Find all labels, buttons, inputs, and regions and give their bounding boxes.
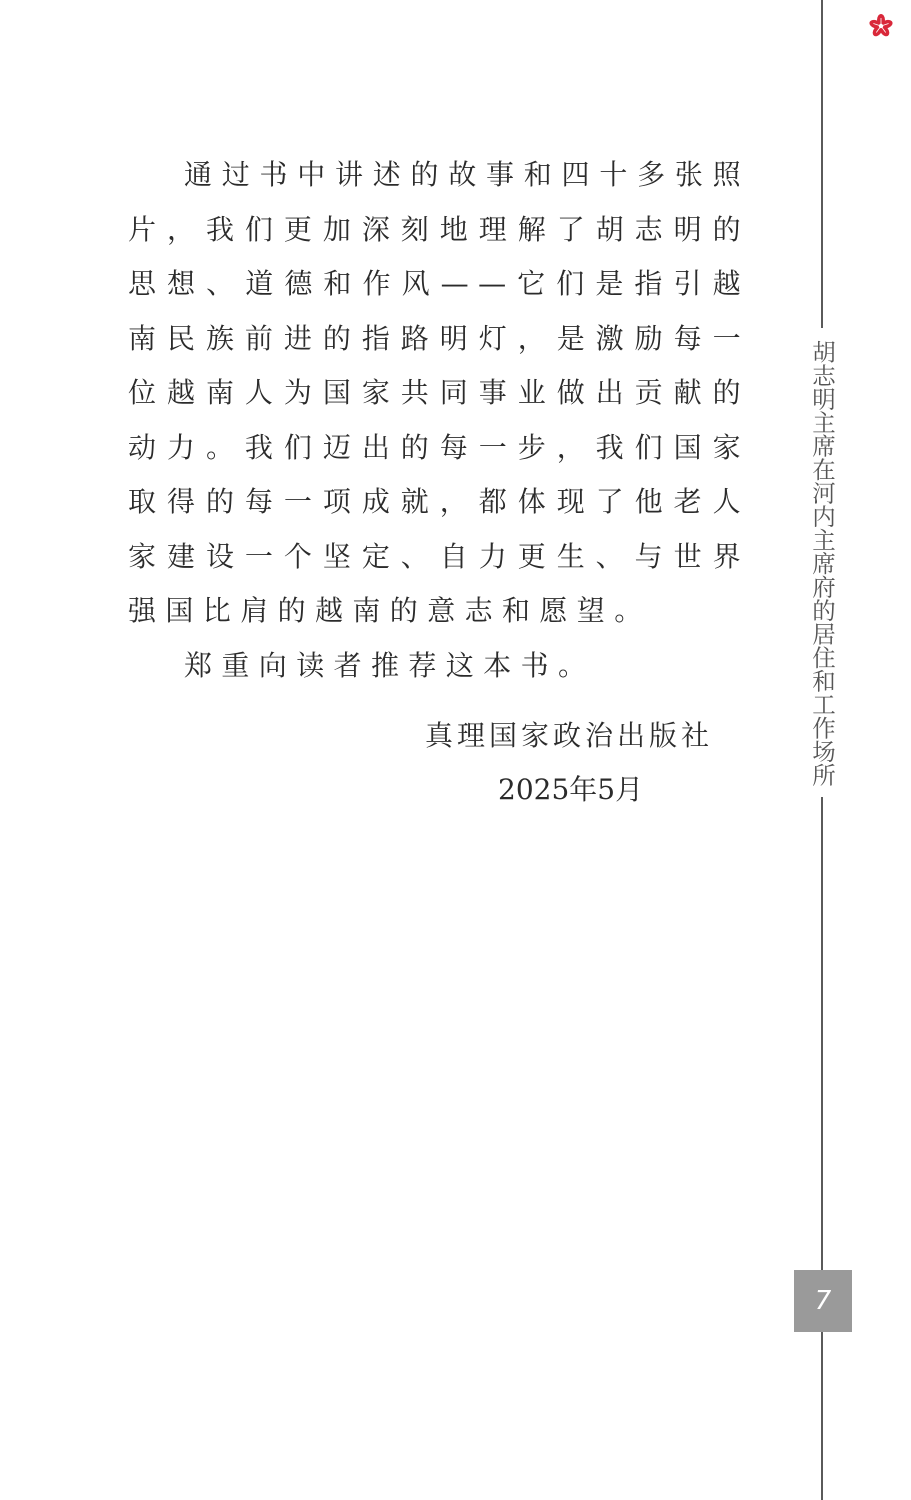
- margin-rule-top: [821, 0, 823, 328]
- page-body: 通过书中讲述的故事和四十多张照片，我们更加深刻地理解了胡志明的思想、道德和作风—…: [128, 148, 750, 693]
- running-title: 胡志明主席在河内主席府的居住和工作场所: [806, 338, 838, 788]
- signature-date: 2025年5月: [498, 768, 643, 808]
- body-paragraph: 通过书中讲述的故事和四十多张照片，我们更加深刻地理解了胡志明的思想、道德和作风—…: [128, 148, 750, 639]
- publisher-signature: 真理国家政治出版社: [425, 714, 713, 754]
- flower-emblem-icon: [869, 14, 893, 38]
- recommendation-paragraph: 郑重向读者推荐这本书。: [128, 639, 750, 694]
- page-number: 7: [794, 1270, 852, 1332]
- margin-rule-bottom: [821, 1332, 823, 1500]
- margin-rule-middle: [821, 797, 823, 1270]
